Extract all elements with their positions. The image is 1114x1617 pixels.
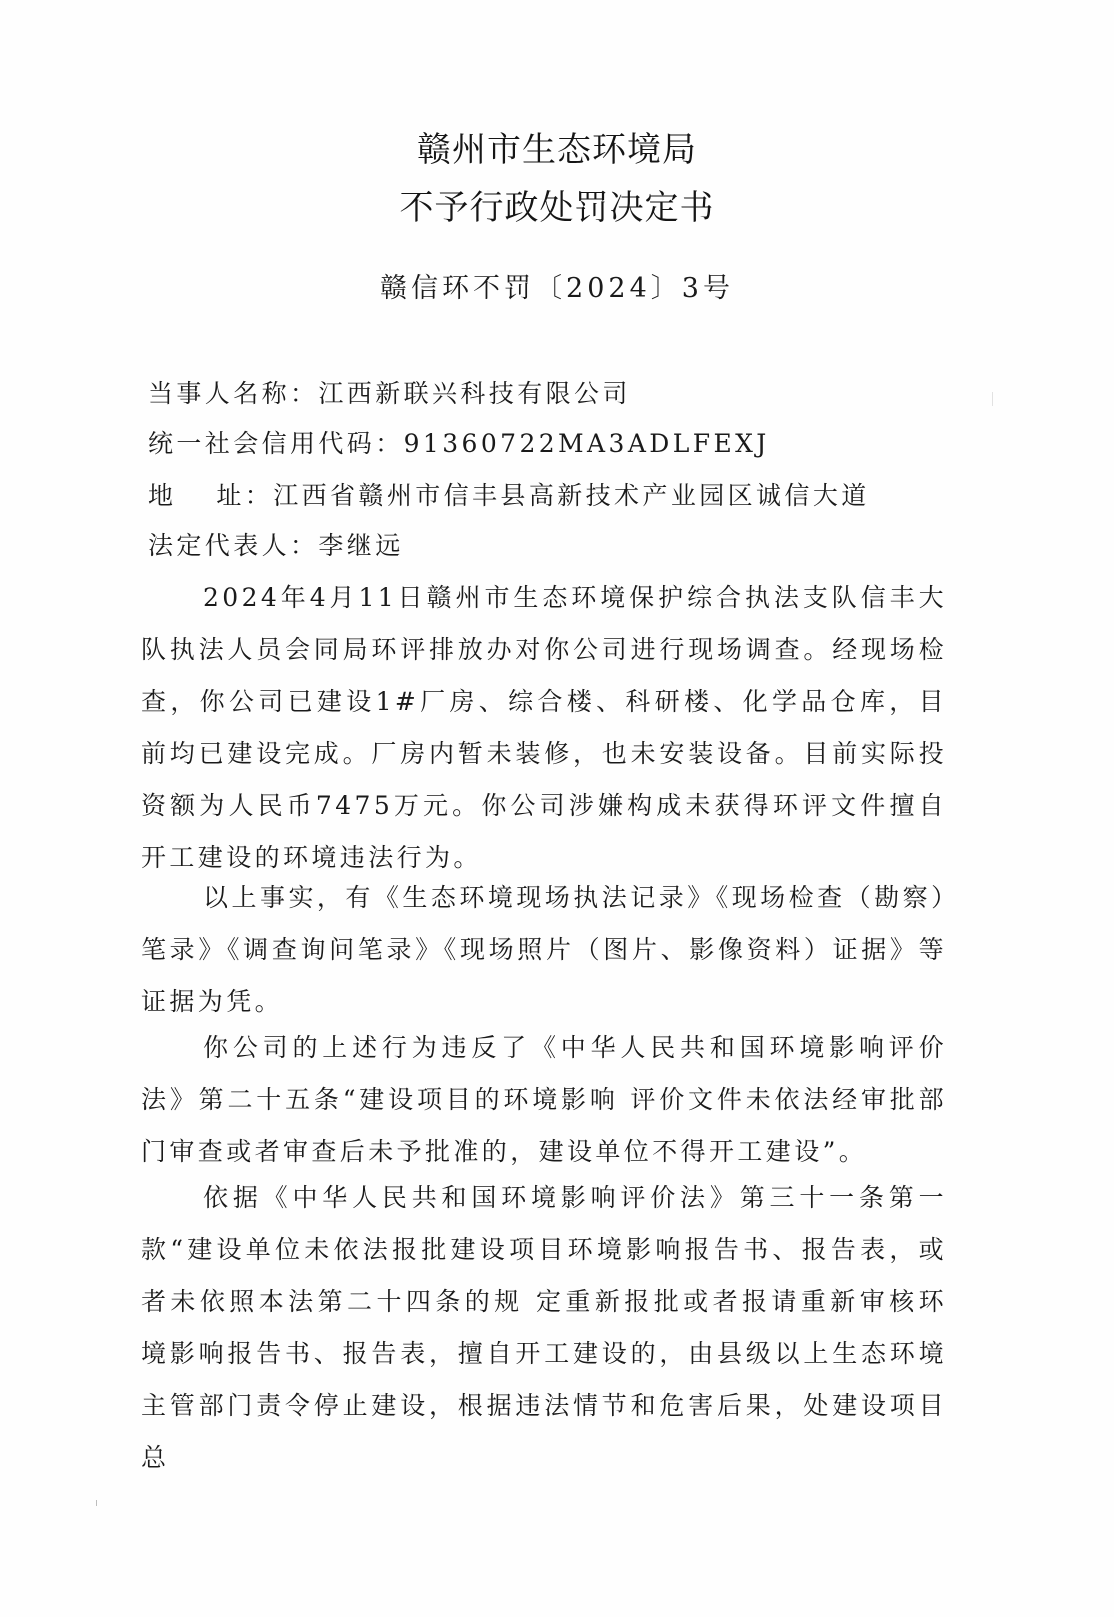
document-number: 赣信环不罚〔2024〕3号: [0, 266, 1114, 305]
credit-code-line: 统一社会信用代码：91360722MA3ADLFEXJ: [148, 431, 770, 456]
legal-representative-line: 法定代表人：李继远: [148, 533, 404, 558]
party-name-label: 当事人名称：: [148, 379, 318, 408]
document-page: 赣州市生态环境局 不予行政处罚决定书 赣信环不罚〔2024〕3号 当事人名称：江…: [0, 0, 1114, 1617]
evidence-paragraph: 以上事实，有《生态环境现场执法记录》《现场检查（勘察）笔录》《调查询问笔录》《现…: [141, 872, 947, 1028]
legal-basis-paragraph: 依据《中华人民共和国环境影响评价法》第三十一条第一款“建设单位未依法报批建设项目…: [141, 1172, 947, 1484]
address-value: 江西省赣州市信丰县高新技术产业园区诚信大道: [273, 481, 869, 510]
issuer-heading: 赣州市生态环境局: [0, 133, 1114, 167]
address-label-part2: 址：: [216, 481, 273, 510]
document-title: 不予行政处罚决定书: [0, 191, 1114, 225]
scan-artifact: [992, 392, 993, 406]
party-name-value: 江西新联兴科技有限公司: [318, 379, 630, 408]
facts-paragraph: 2024年4月11日赣州市生态环境保护综合执法支队信丰大队执法人员会同局环评排放…: [141, 572, 947, 884]
legal-rep-label: 法定代表人：: [148, 531, 318, 560]
credit-code-value: 91360722MA3ADLFEXJ: [404, 429, 770, 458]
address-line: 地址：江西省赣州市信丰县高新技术产业园区诚信大道: [148, 483, 870, 508]
legal-rep-value: 李继远: [318, 531, 403, 560]
credit-code-label: 统一社会信用代码：: [148, 429, 404, 458]
scan-artifact: [96, 1500, 97, 1506]
address-label-part1: 地: [148, 481, 176, 510]
violation-paragraph: 你公司的上述行为违反了《中华人民共和国环境影响评价法》第二十五条“建设项目的环境…: [141, 1022, 947, 1178]
party-name-line: 当事人名称：江西新联兴科技有限公司: [148, 381, 631, 406]
